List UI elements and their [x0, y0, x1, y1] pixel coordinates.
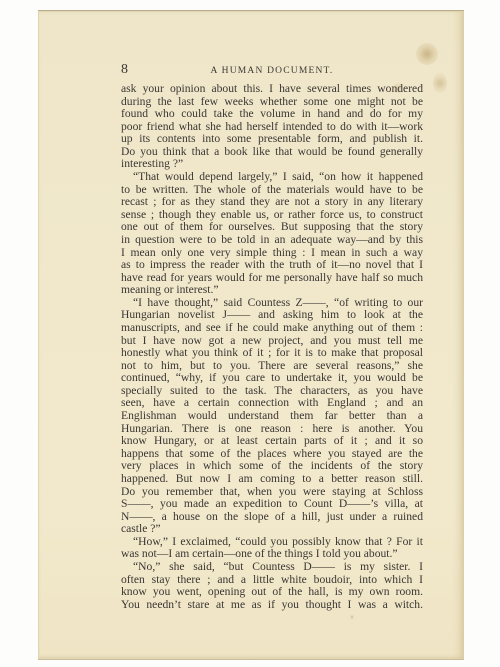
text-line: meaning or interest.” [121, 284, 423, 297]
text-line: ask your opinion about this. I have seve… [121, 83, 423, 96]
text-line: know Hungary, or at least certain parts … [121, 435, 423, 448]
text-line: castle ?” [121, 523, 423, 536]
text-line: honestly what you think of it ; for it i… [121, 347, 423, 360]
text-line: You needn’t stare at me as if you though… [121, 599, 423, 612]
text-line: N——, a house on the slope of a hill, jus… [121, 511, 423, 524]
foxing-stain [452, 11, 464, 659]
foxing-stain [433, 73, 447, 93]
page-header: 8 A HUMAN DOCUMENT. [121, 63, 423, 77]
text-line: manuscripts, and see if he could make an… [121, 322, 423, 335]
text-line: “That would depend largely,” I said, “on… [121, 171, 423, 184]
text-line: “No,” she said, “but Countess D—— is my … [121, 561, 423, 574]
text-line: up its contents into some presentable fo… [121, 133, 423, 146]
body-text: ask your opinion about this. I have seve… [121, 83, 423, 611]
text-line: recast ; for as they stand they are not … [121, 196, 423, 209]
text-line: in question were to be told in an adequa… [121, 234, 423, 247]
text-line: found who could take the volume in hand … [121, 108, 423, 121]
text-line: Englishman would understand them far bet… [121, 410, 423, 423]
running-title: A HUMAN DOCUMENT. [121, 65, 423, 77]
text-line: S——, you made an expedition to Count D——… [121, 498, 423, 511]
scanned-page-image: 8 A HUMAN DOCUMENT. ask your opinion abo… [0, 0, 500, 667]
text-line: happened. But now I am coming to a bette… [121, 473, 423, 486]
text-line: continued, “why, if you care to undertak… [121, 372, 423, 385]
foxing-stain [350, 615, 354, 619]
text-line: as to impress the reader with the truth … [121, 259, 423, 272]
foxing-stain [416, 43, 438, 65]
text-line: know you went, opening out of the hall, … [121, 586, 423, 599]
